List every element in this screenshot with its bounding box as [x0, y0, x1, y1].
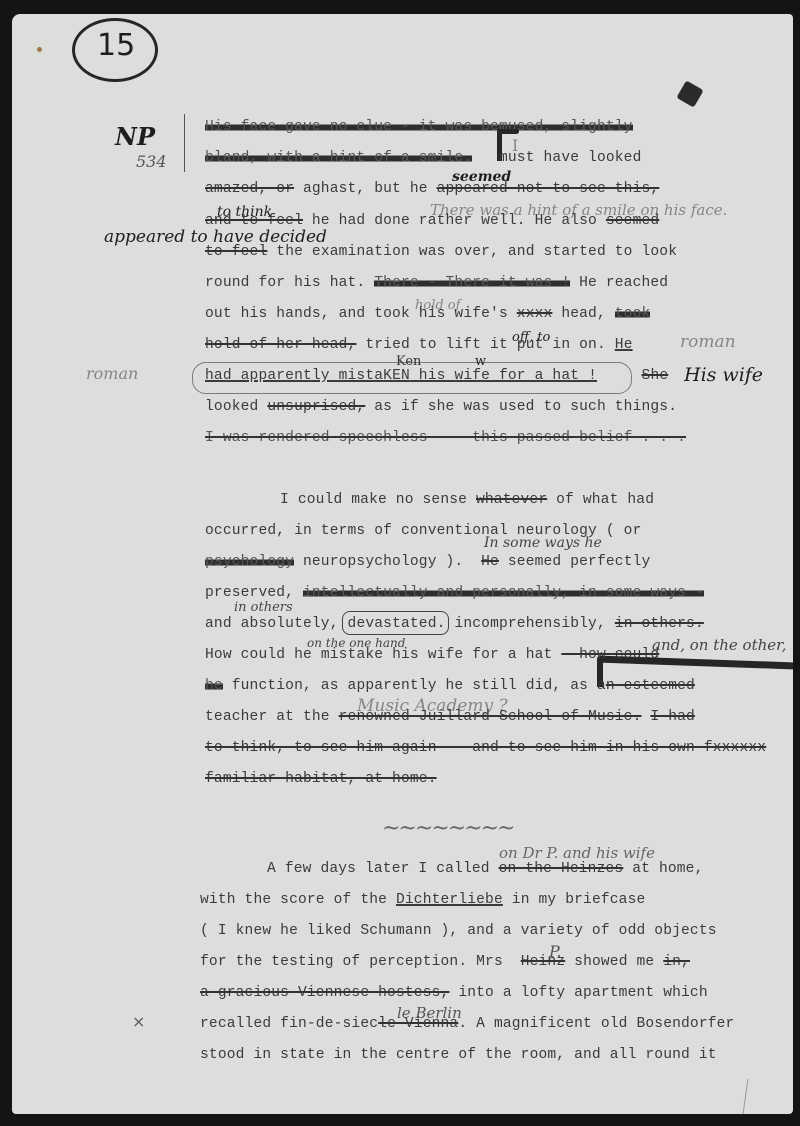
- rust-spot: [37, 47, 42, 52]
- ink-blot: [676, 80, 703, 107]
- p2-line9: to think, to see him again - and to see …: [205, 739, 766, 757]
- p2-line10: familiar habitat, at home.: [205, 770, 437, 788]
- margin-bracket: [184, 114, 185, 172]
- p3-line3: ( I knew he liked Schumann ), and a vari…: [200, 922, 717, 940]
- p1-line7: out his hands, and took his wife's xxxx …: [205, 305, 650, 323]
- pencil-squiggle: ~~~~~~~~: [382, 816, 513, 841]
- margin-x-mark: ×: [132, 1012, 145, 1031]
- p1-line11: I was rendered speechless - - this passe…: [205, 429, 686, 447]
- p2-line3: psychology neuropsychology ). He seemed …: [205, 553, 650, 571]
- p3-line4: for the testing of perception. Mrs Heinz…: [200, 953, 690, 971]
- p1-line5: to feel the examination was over, and st…: [205, 243, 677, 261]
- p1-line1: His face gave no clue - it was bemused, …: [205, 118, 633, 136]
- margin-note-his-wife: His wife: [684, 364, 763, 386]
- p2-line5: and absolutely, devastated. incomprehens…: [205, 615, 704, 633]
- p2-line1: I could make no sense whatever of what h…: [280, 491, 654, 509]
- p3-line7: stood in state in the centre of the room…: [200, 1046, 717, 1064]
- p1-line10: looked unsuprised, as if she was used to…: [205, 398, 677, 416]
- insert-in-some-ways: In some ways he: [484, 535, 602, 551]
- margin-note-roman-left: roman: [86, 364, 138, 383]
- page-number: 15: [97, 28, 135, 63]
- insert-and-on-the-other: and, on the other,: [652, 636, 786, 654]
- p3-line6: recalled fin-de-siecle Vienna. A magnifi…: [200, 1015, 734, 1033]
- p1-line2: bland, with a hint of a smile. must have…: [205, 149, 642, 167]
- p3-line1: A few days later I called on the Heinzes…: [267, 860, 704, 878]
- p2-line8: teacher at the renowned Juillard School …: [205, 708, 695, 726]
- p1-line8: hold of her head, tried to lift it put i…: [205, 336, 633, 354]
- insert-in-others: in others: [234, 600, 293, 615]
- p2-line7: he function, as apparently he still did,…: [205, 677, 695, 695]
- p3-line5: a gracious Viennese hostess, into a loft…: [200, 984, 708, 1002]
- p1-line3: amazed, or aghast, but he appeared not t…: [205, 180, 659, 198]
- p2-line6: How could he mistake his wife for a hat …: [205, 646, 659, 664]
- p1-line9: had apparently mistaKEN his wife for a h…: [205, 367, 668, 385]
- p3-line2: with the score of the Dichterliebe in my…: [200, 891, 645, 909]
- margin-note-np: NP: [115, 122, 155, 151]
- ink-bracket-top: [497, 129, 519, 134]
- margin-note-roman-right: roman: [680, 332, 736, 352]
- margin-note-np-ref: 534: [136, 152, 167, 171]
- manuscript-page: 15 NP 534 His face gave no clue - it was…: [12, 14, 793, 1114]
- p1-line6: round for his hat. There - There it was …: [205, 274, 668, 292]
- pencil-stroke: [743, 1079, 749, 1114]
